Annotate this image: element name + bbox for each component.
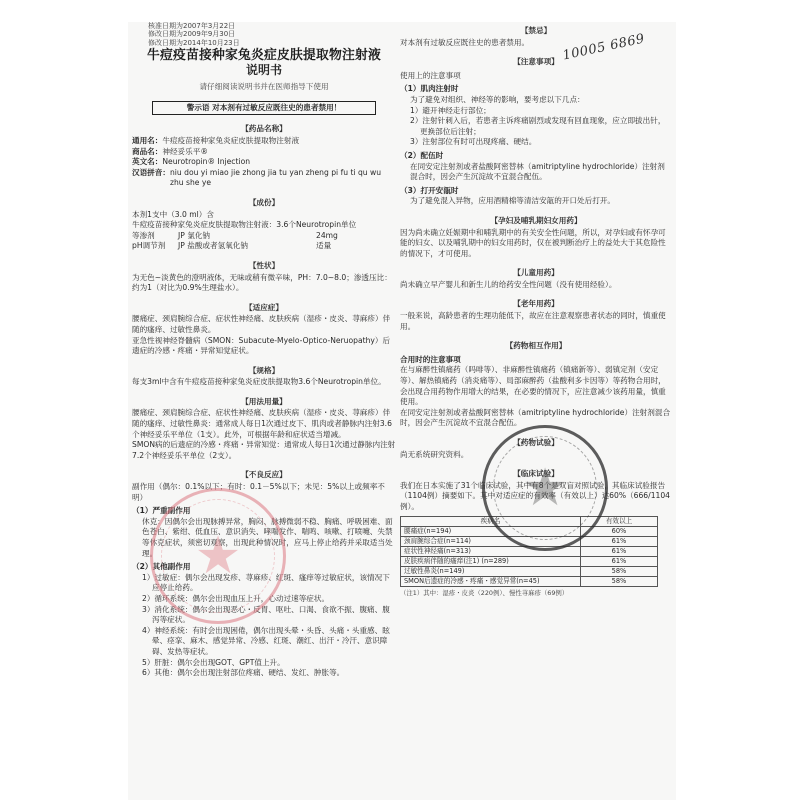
table-body: 腰痛症(n=194)60%颈肩腕综合症(n=114)61%症状性神经痛(n=31… xyxy=(401,526,658,586)
ampoule-heading: （3）打开安瓿时 xyxy=(400,186,672,197)
interactions-subheading: 合用时的注意事项 xyxy=(400,355,672,366)
serious-adverse-heading: （1）严重副作用 xyxy=(132,506,396,517)
adverse-intro: 副作用（偶尔：0.1%以下；有时：0.1－5%以下；未见：5%以上或频率不明） xyxy=(132,482,396,503)
dosage-text: 腰痛症、颈肩腕综合症、症状性神经痛、皮肤疾病（湿疹・皮炎、荨麻疹）伴随的瘙痒、过… xyxy=(132,408,396,440)
efficacy-cell: 61% xyxy=(581,556,658,566)
document-title: 牛痘疫苗接种家兔炎症皮肤提取物注射液 xyxy=(132,48,396,63)
character-text: 为无色~淡黄色的澄明液体，无味或稍有微辛味，PH：7.0~8.0；渗透压比：约为… xyxy=(132,273,396,294)
pinyin-label: 汉语拼音： xyxy=(132,168,170,189)
table-row: 颈肩腕综合症(n=114)61% xyxy=(401,536,658,546)
mixing-heading: （2）配伍时 xyxy=(400,151,672,162)
section-heading-specification: 【规格】 xyxy=(132,366,396,377)
pediatric-text: 尚未确立早产婴儿和新生儿的给药安全性问题（没有使用经验）。 xyxy=(400,280,672,291)
other-adverse-item: 1）过敏症：偶尔会出现发疹、荨麻疹、红斑、瘙痒等过敏症状，该情况下应停止给药。 xyxy=(142,573,396,594)
disease-cell: 症状性神经痛(n=313) xyxy=(401,546,581,556)
table-row: SMON后遗症的冷感・疼痛・感觉异常(n=45)58% xyxy=(401,576,658,586)
table-footnote: （注1）其中：湿疹・皮炎（220例）、慢性荨麻疹（69例） xyxy=(400,588,672,599)
trade-name: 神经妥乐平® xyxy=(162,147,208,158)
im-injection-item: 1）避开神经走行部位； xyxy=(410,106,672,117)
ampoule-text: 为了避免混入异物，应用酒精棉等清洁安瓿的开口处后打开。 xyxy=(400,196,672,207)
table-row: 症状性神经痛(n=313)61% xyxy=(401,546,658,556)
excipient-spec: JP 盐酸或者氢氧化钠 xyxy=(178,241,316,252)
document-subtitle: 说明书 xyxy=(132,63,396,78)
clinical-trial-table: 疾病名 有效以上 腰痛症(n=194)60%颈肩腕综合症(n=114)61%症状… xyxy=(400,516,658,587)
right-column: 【禁忌】 对本剂有过敏反应既往史的患者禁用。 【注意事项】 使用上的注意事项 （… xyxy=(400,22,672,598)
clinical-text: 我们在日本实施了31个临床试验，其中有8个是双盲对照试验，其临床试验报告（110… xyxy=(400,481,672,513)
other-adverse-item: 3）消化系统：偶尔会出现恶心・反胃、呕吐、口渴、食欲不振、腹痛、腹泻等症状。 xyxy=(142,605,396,626)
toxicology-text: 尚无系统研究资料。 xyxy=(400,450,672,461)
section-heading-clinical: 【临床试验】 xyxy=(400,469,672,480)
efficacy-cell: 58% xyxy=(581,566,658,576)
other-adverse-item: 4）神经系统：有时会出现困倦，偶尔出现头晕・头昏、头痛・头重感、眩晕、痉挛、麻木… xyxy=(142,626,396,658)
section-heading-adverse: 【不良反应】 xyxy=(132,470,396,481)
header-efficacy: 有效以上 xyxy=(581,516,658,526)
section-heading-interactions: 【药物相互作用】 xyxy=(400,341,672,352)
english-name: Neurotropin® Injection xyxy=(162,157,250,168)
revision-date: 修改日期为2014年10月23日 xyxy=(148,39,396,47)
disease-cell: 腰痛症(n=194) xyxy=(401,526,581,536)
interactions-text: 在与麻醉性镇痛药（吗啡等）、非麻醉性镇痛药（镇痛新等）、弱镇定剂（安定等）、解热… xyxy=(400,365,672,407)
section-heading-indications: 【适应症】 xyxy=(132,303,396,314)
indications-text: 亚急性视神经脊髓病（SMON：Subacute-Myelo-Optico-Ner… xyxy=(132,336,396,357)
indications-text: 腰痛症、颈肩腕综合症、症状性神经痛、皮肤疾病（湿疹・皮炎、荨麻疹）伴随的瘙痒、过… xyxy=(132,314,396,335)
section-heading-toxicology: 【药物试验】 xyxy=(400,438,672,449)
revision-date: 修改日期为2009年9月30日 xyxy=(148,30,396,38)
efficacy-cell: 61% xyxy=(581,546,658,556)
read-note: 请仔细阅读说明书并在医师指导下使用 xyxy=(132,82,396,93)
generic-name-label: 通用名： xyxy=(132,136,162,147)
im-injection-item: 3）注射部位有时可出现疼痛、硬结。 xyxy=(410,137,672,148)
composition-active: 牛痘疫苗接种家兔炎症皮肤提取物注射液：3.6个Neurotropin单位 xyxy=(132,220,396,231)
header-disease: 疾病名 xyxy=(401,516,581,526)
excipient-amount: 24mg xyxy=(316,231,396,242)
composition-intro: 本剂1支中（3.0 ml）含 xyxy=(132,210,396,221)
table-row: 过敏性鼻炎(n=149)58% xyxy=(401,566,658,576)
other-adverse-item: 6）其他：偶尔会出现注射部位疼痛、硬结、发红、肿胀等。 xyxy=(142,668,396,679)
section-heading-composition: 【成份】 xyxy=(132,198,396,209)
pregnancy-text: 因为尚未确立妊娠期中和哺乳期中的有关安全性问题，所以，对孕妇或有怀孕可能的妇女、… xyxy=(400,228,672,260)
section-heading-precautions: 【注意事项】 xyxy=(400,57,672,68)
im-injection-item: 2）注射针刺入后，若患者主诉疼痛剧烈或发现有回血现象，应立即拔出针，更换部位后注… xyxy=(410,116,672,137)
disease-cell: 颈肩腕综合症(n=114) xyxy=(401,536,581,546)
specification-text: 每支3ml中含有牛痘疫苗接种家兔炎症皮肤提取物3.6个Neurotropin单位… xyxy=(132,377,396,388)
composition-row: 等渗剂 JP 氯化钠 24mg xyxy=(132,231,396,242)
excipient-spec: JP 氯化钠 xyxy=(178,231,316,242)
approval-dates: 核准日期为2007年3月22日 修改日期为2009年9月30日 修改日期为201… xyxy=(148,22,396,47)
serious-adverse-text: 休克：因偶尔会出现脉搏异常，胸闷、脉搏微弱不稳、胸痛、呼吸困难、面色苍白、紫绀、… xyxy=(132,517,396,559)
efficacy-cell: 58% xyxy=(581,576,658,586)
other-adverse-heading: （2）其他副作用 xyxy=(132,562,396,573)
im-injection-intro: 为了避免对组织、神经等的影响，要考虑以下几点： xyxy=(400,95,672,106)
composition-row: pH调节剂 JP 盐酸或者氢氧化钠 适量 xyxy=(132,241,396,252)
interactions-text: 在同安定注射剂或者盐酸阿密替林（amitriptyline hydrochlor… xyxy=(400,408,672,429)
section-heading-pediatric: 【儿童用药】 xyxy=(400,268,672,279)
other-adverse-item: 2）循环系统：偶尔会出现血压上升，心动过速等症状。 xyxy=(142,594,396,605)
table-header-row: 疾病名 有效以上 xyxy=(401,516,658,526)
section-heading-name: 【药品名称】 xyxy=(132,124,396,135)
dosage-text: SMON病的后遗症的冷感・疼痛・异常知觉：通常成人每日1次通过静脉内注射7.2个… xyxy=(132,440,396,461)
excipient-role: pH调节剂 xyxy=(132,241,178,252)
geriatric-text: 一般来说，高龄患者的生理功能低下，故应在注意观察患者状态的同时，慎重使用。 xyxy=(400,311,672,332)
disease-cell: 过敏性鼻炎(n=149) xyxy=(401,566,581,576)
generic-name: 牛痘疫苗接种家兔炎症皮肤提取物注射液 xyxy=(162,136,299,147)
english-name-label: 英文名： xyxy=(132,157,162,168)
mixing-text: 在同安定注射剂或者盐酸阿密替林（amitriptyline hydrochlor… xyxy=(400,162,672,183)
section-heading-character: 【性状】 xyxy=(132,261,396,272)
warning-box: 警示语 对本剂有过敏反应既往史的患者禁用！ xyxy=(152,101,376,116)
efficacy-cell: 61% xyxy=(581,536,658,546)
precautions-intro: 使用上的注意事项 xyxy=(400,71,672,82)
excipient-amount: 适量 xyxy=(316,241,396,252)
disease-cell: 皮肤疾病伴随的瘙痒(注1) (n=289) xyxy=(401,556,581,566)
document-page: 核准日期为2007年3月22日 修改日期为2009年9月30日 修改日期为201… xyxy=(128,22,676,800)
other-adverse-item: 5）肝脏：偶尔会出现GOT、GPT值上升。 xyxy=(142,658,396,669)
pinyin: niu dou yi miao jie zhong jia tu yan zhe… xyxy=(170,168,396,189)
table-row: 皮肤疾病伴随的瘙痒(注1) (n=289)61% xyxy=(401,556,658,566)
im-injection-heading: （1）肌肉注射时 xyxy=(400,84,672,95)
excipient-role: 等渗剂 xyxy=(132,231,178,242)
section-heading-dosage: 【用法用量】 xyxy=(132,397,396,408)
trade-name-label: 商品名： xyxy=(132,147,162,158)
disease-cell: SMON后遗症的冷感・疼痛・感觉异常(n=45) xyxy=(401,576,581,586)
efficacy-cell: 60% xyxy=(581,526,658,536)
table-row: 腰痛症(n=194)60% xyxy=(401,526,658,536)
section-heading-geriatric: 【老年用药】 xyxy=(400,299,672,310)
left-column: 核准日期为2007年3月22日 修改日期为2009年9月30日 修改日期为201… xyxy=(132,22,396,679)
section-heading-pregnancy: 【孕妇及哺乳期妇女用药】 xyxy=(400,216,672,227)
